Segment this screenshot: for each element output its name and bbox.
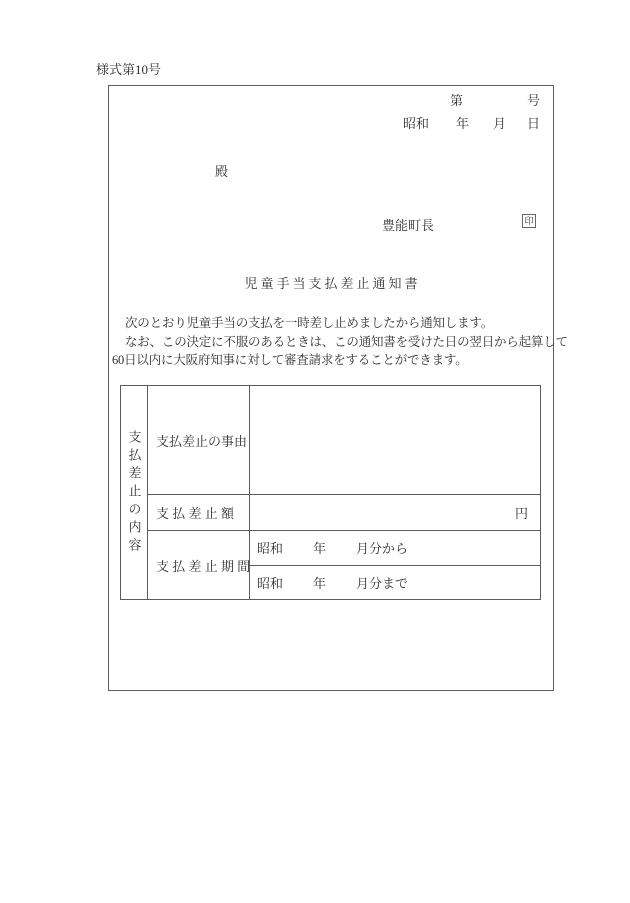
period-from-suffix: 月分から <box>356 538 408 557</box>
body-line-2: なお、この決定に不服のあるときは、この通知書を受けた日の翌日から起算して <box>112 333 552 352</box>
body-line-1: 次のとおり児童手当の支払を一時差し止めましたから通知します。 <box>112 314 552 333</box>
reason-value-blank <box>250 386 540 494</box>
period-to-suffix: 月分まで <box>356 573 408 592</box>
amount-label: 支 払 差 止 額 <box>148 495 250 530</box>
date-day-label: 日 <box>527 113 540 132</box>
period-from-era: 昭和 <box>257 538 283 557</box>
period-from-year: 年 <box>313 538 326 557</box>
form-number-label: 様式第10号 <box>96 59 161 78</box>
table-side-header-cell: 支払差止の内容 <box>121 386 148 599</box>
period-from-line: 昭和 年 月分から <box>250 531 540 565</box>
notice-body: 次のとおり児童手当の支払を一時差し止めましたから通知します。 なお、この決定に不… <box>112 314 552 370</box>
period-to-era: 昭和 <box>257 573 283 592</box>
issue-number-suffix: 号 <box>527 90 540 109</box>
period-label: 支 払 差 止 期 間 <box>148 531 250 599</box>
table-row-reason: 支払差止の事由 <box>148 386 540 494</box>
table-row-amount: 支 払 差 止 額 円 <box>148 494 540 530</box>
document-page: 様式第10号 第 号 昭和 年 月 日 殿 豊能町長 印 児童手当支払差止通知書… <box>0 0 630 903</box>
issue-number-prefix: 第 <box>450 90 463 109</box>
document-title: 児童手当支払差止通知書 <box>109 273 553 292</box>
reason-label: 支払差止の事由 <box>148 386 250 494</box>
period-to-line: 昭和 年 月分まで <box>250 565 540 600</box>
date-era-label: 昭和 <box>403 113 429 132</box>
suspension-details-table: 支払差止の内容 支払差止の事由 支 払 差 止 額 円 支 払 差 止 期 間 <box>120 385 541 600</box>
body-line-3: 60日以内に大阪府知事に対して審査請求をすることができます。 <box>112 351 552 370</box>
period-to-year: 年 <box>313 573 326 592</box>
issuer-name: 豊能町長 <box>382 215 434 234</box>
table-rows: 支払差止の事由 支 払 差 止 額 円 支 払 差 止 期 間 昭和 年 <box>148 386 540 599</box>
period-values: 昭和 年 月分から 昭和 年 月分まで <box>250 531 540 599</box>
notice-document-frame: 第 号 昭和 年 月 日 殿 豊能町長 印 児童手当支払差止通知書 次のとおり児… <box>108 85 554 691</box>
amount-value-cell: 円 <box>250 495 540 530</box>
date-month-label: 月 <box>493 113 506 132</box>
table-side-header-label: 支払差止の内容 <box>125 430 144 556</box>
table-row-period: 支 払 差 止 期 間 昭和 年 月分から 昭和 年 月分まで <box>148 530 540 599</box>
seal-mark: 印 <box>522 214 536 228</box>
amount-unit-label: 円 <box>515 503 528 522</box>
date-year-label: 年 <box>456 113 469 132</box>
addressee-honorific: 殿 <box>215 161 228 180</box>
